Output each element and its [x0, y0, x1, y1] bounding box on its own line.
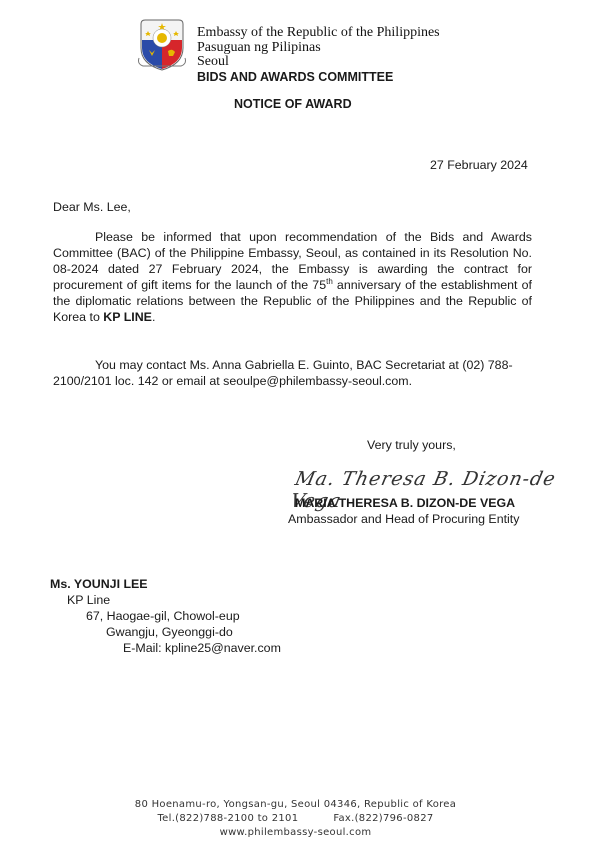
awardee-name: KP LINE	[103, 310, 152, 324]
footer-website[interactable]: www.philembassy-seoul.com	[0, 826, 591, 840]
recipient-company: KP Line	[67, 592, 110, 608]
recipient-address-line2: Gwangju, Gyeonggi-do	[106, 624, 233, 640]
embassy-city: Seoul	[197, 54, 229, 69]
footer-fax: Fax.(822)796-0827	[333, 813, 433, 824]
signatory-name: MARIA THERESA B. DIZON-DE VEGA	[295, 495, 515, 511]
footer-contact: Tel.(822)788-2100 to 2101 Fax.(822)796-0…	[0, 812, 591, 826]
footer-phone: Tel.(822)788-2100 to 2101	[157, 813, 298, 824]
document-title: NOTICE OF AWARD	[234, 97, 352, 111]
embassy-name: Embassy of the Republic of the Philippin…	[197, 25, 440, 40]
recipient-name: Ms. YOUNJI LEE	[50, 576, 148, 592]
committee-name: BIDS AND AWARDS COMMITTEE	[197, 70, 393, 84]
embassy-name-filipino: Pasuguan ng Pilipinas	[197, 40, 321, 55]
recipient-address-line1: 67, Haogae-gil, Chowol-eup	[86, 608, 240, 624]
salutation: Dear Ms. Lee,	[53, 199, 131, 215]
philippine-coat-of-arms-icon	[137, 18, 187, 72]
recipient-email: E-Mail: kpline25@naver.com	[123, 640, 281, 656]
closing: Very truly yours,	[367, 437, 456, 453]
contact-paragraph: You may contact Ms. Anna Gabriella E. Gu…	[53, 357, 538, 389]
award-paragraph: Please be informed that upon recommendat…	[53, 229, 532, 325]
footer-address: 80 Hoenamu-ro, Yongsan-gu, Seoul 04346, …	[0, 798, 591, 812]
signatory-title: Ambassador and Head of Procuring Entity	[288, 511, 519, 527]
letter-date: 27 February 2024	[430, 157, 528, 173]
